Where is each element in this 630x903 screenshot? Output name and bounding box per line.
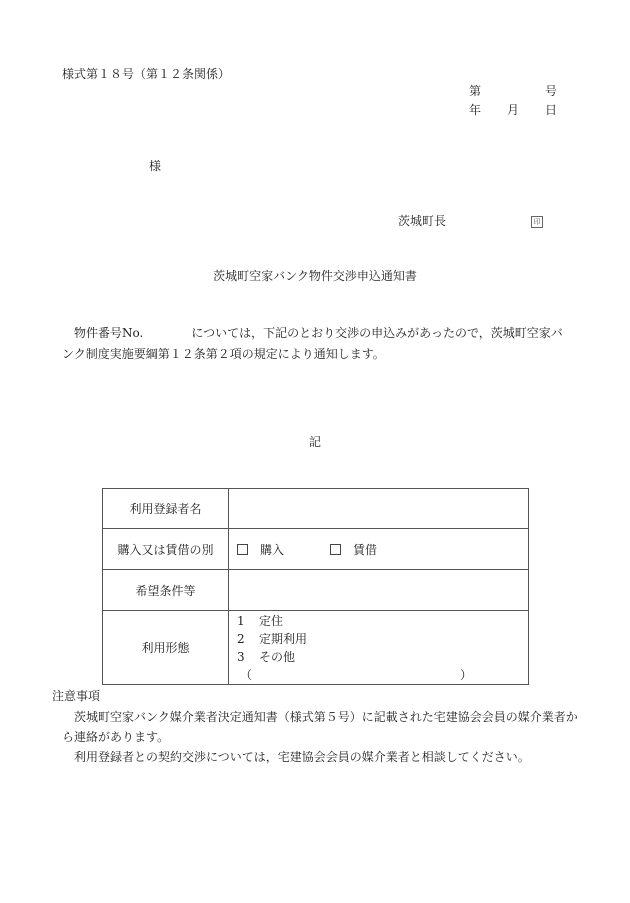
note-item: 利用登録者との契約交渉については，宅建協会会員の媒介業者と相談してください。 xyxy=(62,747,578,767)
usage-item-other[interactable]: 3その他 xyxy=(237,648,528,666)
desired-conditions-label: 希望条件等 xyxy=(103,570,229,611)
table-row: 希望条件等 xyxy=(103,570,529,611)
purchase-or-rent-options: 購入賃借 xyxy=(229,529,529,570)
document-title: 茨城町空家バンク物件交渉申込通知書 xyxy=(0,270,630,282)
usage-type-label: 利用形態 xyxy=(103,611,229,685)
table-row: 利用登録者名 xyxy=(103,489,529,529)
checkbox-rent[interactable] xyxy=(330,544,341,555)
option-purchase[interactable]: 購入 xyxy=(237,541,284,558)
applicant-name-label: 利用登録者名 xyxy=(103,489,229,529)
date-month: 月 xyxy=(507,104,519,116)
issue-date: 年 月 日 xyxy=(469,104,557,116)
purchase-or-rent-label: 購入又は賃借の別 xyxy=(103,529,229,570)
doc-no-prefix: 第 xyxy=(469,85,481,97)
usage-other-detail-field[interactable]: （） xyxy=(237,666,472,684)
usage-type-options: 1定住 2定期利用 3その他 （） xyxy=(229,611,529,685)
checkbox-purchase[interactable] xyxy=(237,544,248,555)
notes-title: 注意事項 xyxy=(52,690,100,702)
body-paragraph: 物件番号No.については，下記のとおり交渉の申込みがあったので，茨城町空家バンク… xyxy=(62,323,572,365)
date-day: 日 xyxy=(545,104,557,116)
property-number-label: 物件番号No. xyxy=(74,326,143,340)
issuer-name: 茨城町長 xyxy=(398,215,446,227)
ki-heading: 記 xyxy=(0,436,630,448)
document-number: 第 号 xyxy=(469,85,557,97)
option-rent[interactable]: 賃借 xyxy=(330,541,377,558)
notes-list: 茨城町空家バンク媒介業者決定通知書（様式第５号）に記載された宅建協会会員の媒介業… xyxy=(62,707,578,767)
note-item: 茨城町空家バンク媒介業者決定通知書（様式第５号）に記載された宅建協会会員の媒介業… xyxy=(62,707,578,747)
doc-no-suffix: 号 xyxy=(545,85,557,97)
usage-item-periodic[interactable]: 2定期利用 xyxy=(237,630,528,648)
applicant-name-field[interactable] xyxy=(229,489,529,529)
desired-conditions-field[interactable] xyxy=(229,570,529,611)
addressee-honorific: 様 xyxy=(149,160,161,172)
table-row: 利用形態 1定住 2定期利用 3その他 （） xyxy=(103,611,529,685)
usage-item-settle[interactable]: 1定住 xyxy=(237,612,528,630)
form-number: 様式第１８号（第１２条関係） xyxy=(62,68,230,80)
seal-mark: 印 xyxy=(531,216,543,228)
table-row: 購入又は賃借の別 購入賃借 xyxy=(103,529,529,570)
info-table: 利用登録者名 購入又は賃借の別 購入賃借 希望条件等 利用形態 1定住 2定期利… xyxy=(102,488,529,685)
seal-icon: 印 xyxy=(531,215,543,228)
date-year: 年 xyxy=(469,104,481,116)
